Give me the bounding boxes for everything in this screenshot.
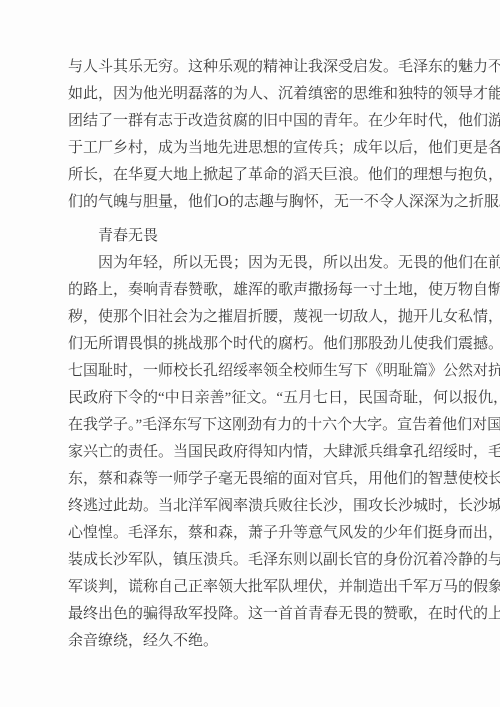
text-line: 因为年轻，所以无畏；因为无畏，所以出发。无畏的他们在前进 [68, 250, 432, 277]
text-line: 七国耻时，一师校长孔绍绥率领全校师生写下《明耻篇》公然对抗国 [68, 358, 432, 385]
text-line: 余音缭绕，经久不绝。 [68, 628, 432, 655]
document-page: 与人斗其乐无穷。这种乐观的精神让我深受启发。毛泽东的魅力不仅如此，因为他光明磊落… [0, 0, 500, 707]
text-line: 如此，因为他光明磊落的为人、沉着缜密的思维和独特的领导才能， [68, 81, 432, 108]
text-line: 终逃过此劫。当北洋军阀率溃兵败往长沙，围攻长沙城时，长沙城人 [68, 493, 432, 520]
text-line: 东，蔡和森等一师学子毫无畏缩的面对官兵，用他们的智慧使校长最 [68, 466, 432, 493]
text-line: 团结了一群有志于改造贫腐的旧中国的青年。在少年时代，他们游走 [68, 108, 432, 135]
text-line: 军谈判，谎称自己正率领大批军队埋伏，并制造出千军万马的假象， [68, 574, 432, 601]
text-line: 秽，使那个旧社会为之摧眉折腰，蔑视一切敌人，抛开儿女私情，他 [68, 304, 432, 331]
text-line: 与人斗其乐无穷。这种乐观的精神让我深受启发。毛泽东的魅力不仅 [68, 54, 432, 81]
text-line: 们无所谓畏惧的挑战那个时代的腐朽。他们那股劲儿使我们震撼。五 [68, 331, 432, 358]
text-line: 家兴亡的责任。当国民政府得知内情，大肆派兵缉拿孔绍绥时，毛泽 [68, 439, 432, 466]
paragraph-continuation: 与人斗其乐无穷。这种乐观的精神让我深受启发。毛泽东的魅力不仅如此，因为他光明磊落… [68, 54, 432, 216]
text-line: 于工厂乡村，成为当地先进思想的宣传兵；成年以后，他们更是各显 [68, 135, 432, 162]
text-line: 最终出色的骗得敌军投降。这一首首青春无畏的赞歌，在时代的上空， [68, 601, 432, 628]
text-line: 们的气魄与胆量，他们O的志趣与胸怀，无一不令人深深为之折服。 [68, 189, 432, 216]
text-line: 心惶惶。毛泽东，蔡和森，萧子升等意气风发的少年们挺身而出，乔 [68, 520, 432, 547]
text-line: 民政府下令的“中日亲善”征文。“五月七日，民国奇耻，何以报仇， [68, 385, 432, 412]
text-line: 在我学子。”毛泽东写下这刚劲有力的十六个大字。宣告着他们对国 [68, 412, 432, 439]
section-heading: 青春无畏 [68, 223, 432, 250]
text-line: 的路上，奏响青春赞歌，雄浑的歌声撒扬每一寸土地，使万物自惭形 [68, 277, 432, 304]
text-line: 所长，在华夏大地上掀起了革命的滔天巨浪。他们的理想与抱负，他 [68, 162, 432, 189]
text-line: 装成长沙军队，镇压溃兵。毛泽东则以副长官的身份沉着冷静的与敌 [68, 547, 432, 574]
paragraph-body: 因为年轻，所以无畏；因为无畏，所以出发。无畏的他们在前进的路上，奏响青春赞歌，雄… [68, 250, 432, 655]
